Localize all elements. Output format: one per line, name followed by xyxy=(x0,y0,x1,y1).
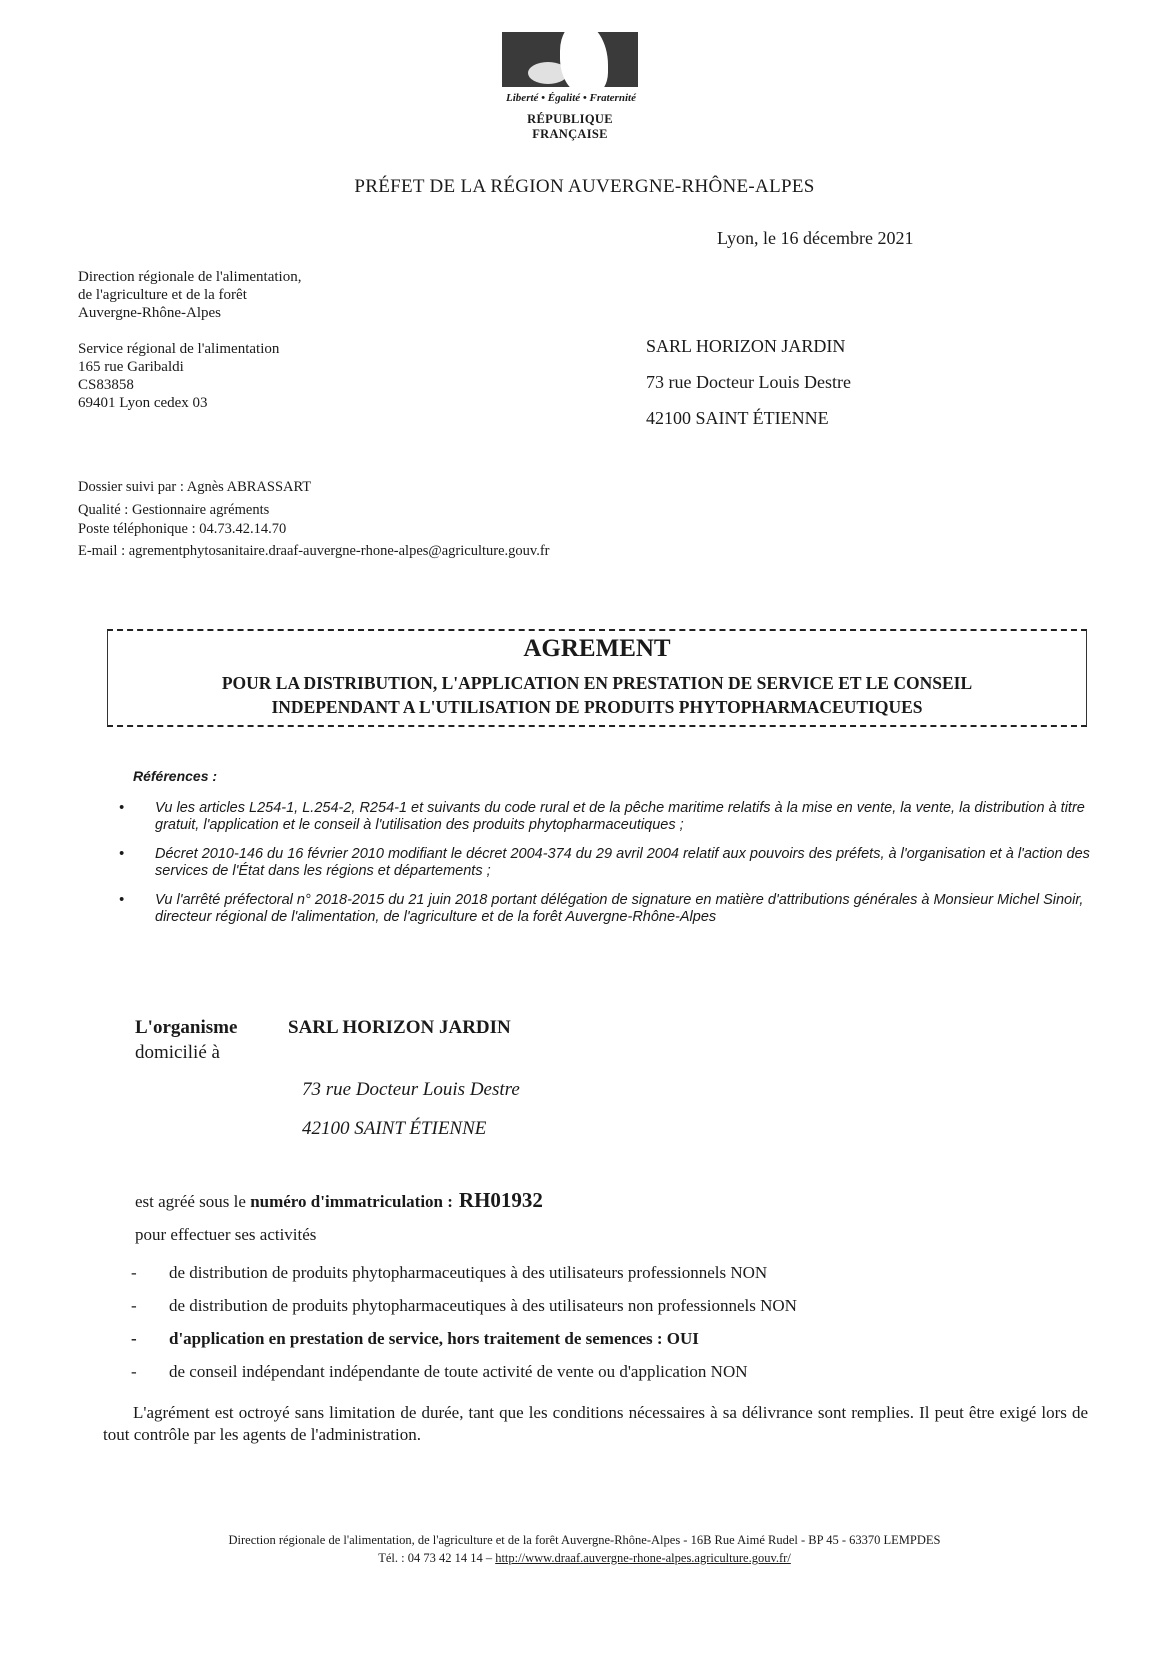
footer-address: Direction régionale de l'alimentation, d… xyxy=(0,1531,1169,1549)
conclusion-paragraph: L'agrément est octroyé sans limitation d… xyxy=(103,1402,1088,1446)
reference-text: Vu les articles L254-1, L.254-2, R254-1 … xyxy=(155,800,1085,833)
contact-info: Dossier suivi par : Agnès ABRASSART Qual… xyxy=(78,478,550,561)
dossier-follower: Dossier suivi par : Agnès ABRASSART xyxy=(78,478,550,497)
motto: Liberté • Égalité • Fraternité xyxy=(496,92,646,104)
republique-francaise-logo: Liberté • Égalité • Fraternité RÉPUBLIQU… xyxy=(502,32,638,164)
subtitle-line: POUR LA DISTRIBUTION, L'APPLICATION EN P… xyxy=(108,671,1086,695)
dash-bullet-icon: - xyxy=(131,1361,137,1383)
references-label: Références : xyxy=(133,768,217,784)
registration-statement: est agréé sous le numéro d'immatriculati… xyxy=(135,1188,543,1213)
contact-role: Qualité : Gestionnaire agréments xyxy=(78,501,550,520)
activity-text: de distribution de produits phytopharmac… xyxy=(169,1263,767,1282)
reference-text: Décret 2010-146 du 16 février 2010 modif… xyxy=(155,846,1090,879)
organisme-address: 73 rue Docteur Louis Destre 42100 SAINT … xyxy=(302,1070,520,1148)
registration-prefix: est agréé sous le xyxy=(135,1192,250,1211)
activity-text: de distribution de produits phytopharmac… xyxy=(169,1296,797,1315)
activity-item: - de conseil indépendant indépendante de… xyxy=(127,1361,1087,1394)
registration-number: RH01932 xyxy=(459,1188,543,1212)
recipient-address: SARL HORIZON JARDIN 73 rue Docteur Louis… xyxy=(646,328,851,436)
dash-bullet-icon: - xyxy=(131,1295,137,1317)
document-subtitle: POUR LA DISTRIBUTION, L'APPLICATION EN P… xyxy=(108,671,1086,719)
registration-label: numéro d'immatriculation : xyxy=(250,1192,453,1211)
activity-item: - de distribution de produits phytopharm… xyxy=(127,1262,1087,1295)
bullet-icon: • xyxy=(119,846,124,863)
recipient-street: 73 rue Docteur Louis Destre xyxy=(646,364,851,400)
contact-email: E-mail : agrementphytosanitaire.draaf-au… xyxy=(78,542,550,561)
activities-intro: pour effectuer ses activités xyxy=(135,1225,316,1245)
references-list: • Vu les articles L254-1, L.254-2, R254-… xyxy=(115,800,1095,938)
activity-item: - de distribution de produits phytopharm… xyxy=(127,1295,1087,1328)
organisme-label: L'organisme xyxy=(135,1017,237,1039)
reference-text: Vu l'arrêté préfectoral n° 2018-2015 du … xyxy=(155,892,1083,925)
republic-name: RÉPUBLIQUE FRANÇAISE xyxy=(490,112,650,142)
sender-line: de l'agriculture et de la forêt xyxy=(78,286,301,304)
sender-line: 69401 Lyon cedex 03 xyxy=(78,394,301,412)
document-date: Lyon, le 16 décembre 2021 xyxy=(717,228,913,249)
reference-item: • Décret 2010-146 du 16 février 2010 mod… xyxy=(115,846,1095,880)
reference-item: • Vu les articles L254-1, L.254-2, R254-… xyxy=(115,800,1095,834)
document-title: AGREMENT xyxy=(108,635,1086,663)
reference-item: • Vu l'arrêté préfectoral n° 2018-2015 d… xyxy=(115,892,1095,926)
dash-bullet-icon: - xyxy=(131,1262,137,1284)
sender-line: Direction régionale de l'alimentation, xyxy=(78,268,301,286)
domicile-label: domicilié à xyxy=(135,1042,220,1064)
sender-line: 165 rue Garibaldi xyxy=(78,358,301,376)
contact-phone: Poste téléphonique : 04.73.42.14.70 xyxy=(78,520,550,539)
recipient-city: 42100 SAINT ÉTIENNE xyxy=(646,400,851,436)
activities-list: - de distribution de produits phytopharm… xyxy=(127,1262,1087,1394)
page-footer: Direction régionale de l'alimentation, d… xyxy=(0,1531,1169,1567)
sender-address: Direction régionale de l'alimentation, d… xyxy=(78,268,301,412)
footer-contact: Tél. : 04 73 42 14 14 – http://www.draaf… xyxy=(0,1549,1169,1567)
sender-line: Service régional de l'alimentation xyxy=(78,340,301,358)
bullet-icon: • xyxy=(119,892,124,909)
prefet-heading: PRÉFET DE LA RÉGION AUVERGNE-RHÔNE-ALPES xyxy=(0,176,1169,198)
recipient-name: SARL HORIZON JARDIN xyxy=(646,328,851,364)
agrement-title-box: AGREMENT POUR LA DISTRIBUTION, L'APPLICA… xyxy=(107,629,1087,727)
activity-text: de conseil indépendant indépendante de t… xyxy=(169,1362,748,1381)
dash-bullet-icon: - xyxy=(131,1328,137,1350)
organisme-street: 73 rue Docteur Louis Destre xyxy=(302,1070,520,1109)
bullet-icon: • xyxy=(119,800,124,817)
activity-text: d'application en prestation de service, … xyxy=(169,1329,699,1348)
sender-line: Auvergne-Rhône-Alpes xyxy=(78,304,301,322)
marianne-emblem-icon xyxy=(502,32,638,87)
organisme-name: SARL HORIZON JARDIN xyxy=(288,1017,511,1039)
organisme-city: 42100 SAINT ÉTIENNE xyxy=(302,1109,520,1148)
sender-line: CS83858 xyxy=(78,376,301,394)
activity-item-approved: - d'application en prestation de service… xyxy=(127,1328,1087,1361)
sender-spacer xyxy=(78,322,301,340)
footer-website-link[interactable]: http://www.draaf.auvergne-rhone-alpes.ag… xyxy=(495,1551,791,1565)
footer-phone: Tél. : 04 73 42 14 14 – xyxy=(378,1551,495,1565)
subtitle-line: INDEPENDANT A L'UTILISATION DE PRODUITS … xyxy=(108,695,1086,719)
